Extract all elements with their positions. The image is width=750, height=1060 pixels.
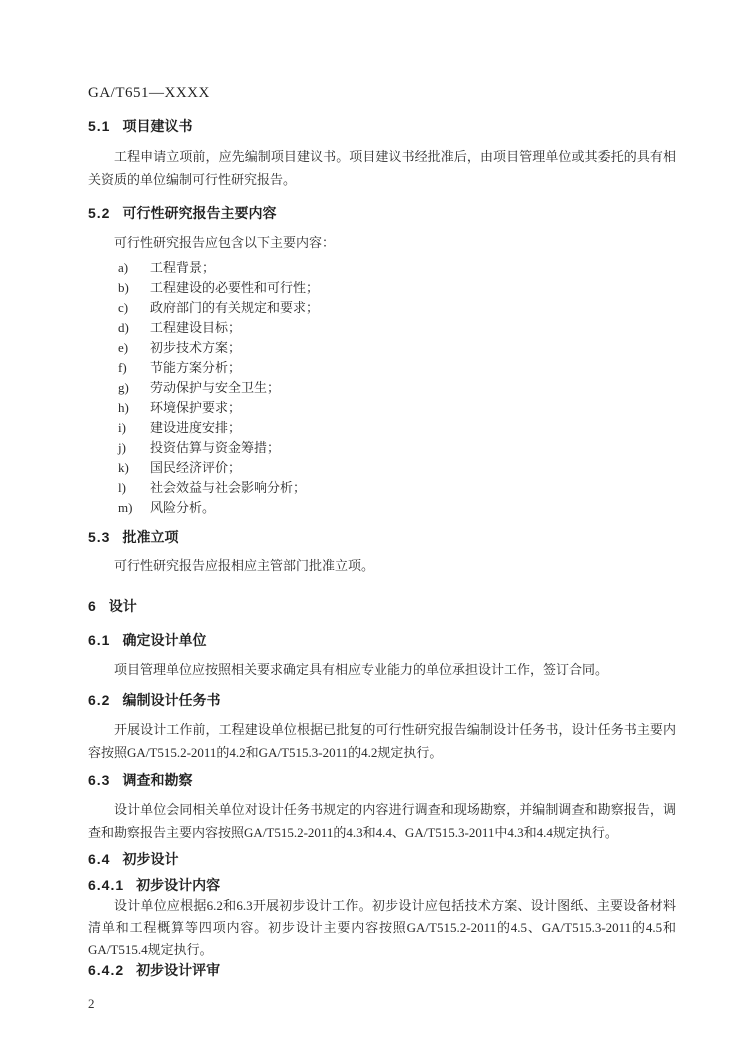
list-item-text: 国民经济评价； bbox=[150, 458, 241, 478]
list-item-label: b) bbox=[118, 278, 150, 298]
clause-number: 6.4 bbox=[88, 850, 110, 869]
list-item-label: h) bbox=[118, 398, 150, 418]
list-item-h: h) 环境保护要求； bbox=[118, 398, 676, 418]
list-item-label: e) bbox=[118, 338, 150, 358]
list-item-label: l) bbox=[118, 478, 150, 498]
clause-number: 5.3 bbox=[88, 528, 110, 547]
heading-6: 6 设计 bbox=[88, 597, 676, 616]
list-item-text: 风险分析。 bbox=[150, 498, 215, 518]
list-item-b: b) 工程建设的必要性和可行性； bbox=[118, 278, 676, 298]
list-item-label: a) bbox=[118, 258, 150, 278]
paragraph-6-3: 设计单位会同相关单位对设计任务书规定的内容进行调查和现场勘察，并编制调查和勘察报… bbox=[88, 798, 676, 844]
clause-title: 编制设计任务书 bbox=[122, 691, 220, 710]
list-item-text: 政府部门的有关规定和要求； bbox=[150, 298, 319, 318]
list-item-label: g) bbox=[118, 378, 150, 398]
document-page: GA/T651—XXXX 5.1 项目建议书 工程申请立项前，应先编制项目建议书… bbox=[0, 0, 750, 1060]
list-item-text: 劳动保护与安全卫生； bbox=[150, 378, 280, 398]
clause-number: 6.1 bbox=[88, 631, 110, 650]
clause-number: 5.1 bbox=[88, 117, 110, 136]
heading-6-4-1: 6.4.1 初步设计内容 bbox=[88, 876, 676, 895]
list-item-k: k) 国民经济评价； bbox=[118, 458, 676, 478]
list-item-text: 节能方案分析； bbox=[150, 358, 241, 378]
list-item-label: j) bbox=[118, 438, 150, 458]
list-item-a: a) 工程背景； bbox=[118, 258, 676, 278]
heading-5-2: 5.2 可行性研究报告主要内容 bbox=[88, 204, 676, 223]
list-item-label: d) bbox=[118, 318, 150, 338]
heading-5-3: 5.3 批准立项 bbox=[88, 528, 676, 547]
list-item-label: k) bbox=[118, 458, 150, 478]
heading-6-1: 6.1 确定设计单位 bbox=[88, 631, 676, 650]
list-item-i: i) 建设进度安排； bbox=[118, 418, 676, 438]
list-item-f: f) 节能方案分析； bbox=[118, 358, 676, 378]
list-item-text: 社会效益与社会影响分析； bbox=[150, 478, 306, 498]
heading-6-3: 6.3 调查和勘察 bbox=[88, 771, 676, 790]
list-item-text: 建设进度安排； bbox=[150, 418, 241, 438]
list-item-d: d) 工程建设目标； bbox=[118, 318, 676, 338]
list-item-text: 投资估算与资金筹措； bbox=[150, 438, 280, 458]
list-item-g: g) 劳动保护与安全卫生； bbox=[118, 378, 676, 398]
clause-number: 6.3 bbox=[88, 771, 110, 790]
clause-title: 可行性研究报告主要内容 bbox=[122, 204, 276, 223]
clause-title: 批准立项 bbox=[122, 528, 178, 547]
list-item-text: 初步技术方案； bbox=[150, 338, 241, 358]
heading-6-2: 6.2 编制设计任务书 bbox=[88, 691, 676, 710]
clause-title: 调查和勘察 bbox=[122, 771, 192, 790]
chapter-number: 6 bbox=[88, 597, 97, 616]
list-5-2: a) 工程背景； b) 工程建设的必要性和可行性； c) 政府部门的有关规定和要… bbox=[88, 258, 676, 518]
list-item-label: i) bbox=[118, 418, 150, 438]
list-item-text: 工程建设目标； bbox=[150, 318, 241, 338]
clause-title: 确定设计单位 bbox=[122, 631, 206, 650]
list-item-text: 环境保护要求； bbox=[150, 398, 241, 418]
clause-number: 5.2 bbox=[88, 204, 110, 223]
list-item-m: m) 风险分析。 bbox=[118, 498, 676, 518]
page-number: 2 bbox=[88, 996, 95, 1012]
paragraph-6-2: 开展设计工作前，工程建设单位根据已批复的可行性研究报告编制设计任务书，设计任务书… bbox=[88, 718, 676, 764]
clause-number: 6.4.1 bbox=[88, 876, 124, 895]
list-item-j: j) 投资估算与资金筹措； bbox=[118, 438, 676, 458]
list-item-c: c) 政府部门的有关规定和要求； bbox=[118, 298, 676, 318]
list-item-e: e) 初步技术方案； bbox=[118, 338, 676, 358]
list-item-l: l) 社会效益与社会影响分析； bbox=[118, 478, 676, 498]
heading-5-1: 5.1 项目建议书 bbox=[88, 117, 676, 136]
document-header: GA/T651—XXXX bbox=[88, 85, 676, 101]
paragraph-6-4-1: 设计单位应根据6.2和6.3开展初步设计工作。初步设计应包括技术方案、设计图纸、… bbox=[88, 895, 676, 961]
list-item-text: 工程背景； bbox=[150, 258, 215, 278]
paragraph-5-3: 可行性研究报告应报相应主管部门批准立项。 bbox=[88, 554, 676, 577]
list-item-label: f) bbox=[118, 358, 150, 378]
heading-6-4-2: 6.4.2 初步设计评审 bbox=[88, 961, 676, 980]
clause-title: 初步设计评审 bbox=[136, 961, 220, 980]
list-item-text: 工程建设的必要性和可行性； bbox=[150, 278, 319, 298]
list-item-label: m) bbox=[118, 498, 150, 518]
clause-title: 项目建议书 bbox=[122, 117, 192, 136]
list-item-label: c) bbox=[118, 298, 150, 318]
chapter-title: 设计 bbox=[109, 597, 137, 616]
heading-6-4: 6.4 初步设计 bbox=[88, 850, 676, 869]
clause-number: 6.4.2 bbox=[88, 961, 124, 980]
clause-title: 初步设计内容 bbox=[136, 876, 220, 895]
paragraph-6-1: 项目管理单位应按照相关要求确定具有相应专业能力的单位承担设计工作，签订合同。 bbox=[88, 658, 676, 681]
paragraph-5-2-intro: 可行性研究报告应包含以下主要内容： bbox=[88, 231, 676, 254]
paragraph-5-1: 工程申请立项前，应先编制项目建议书。项目建议书经批准后，由项目管理单位或其委托的… bbox=[88, 145, 676, 191]
clause-title: 初步设计 bbox=[122, 850, 178, 869]
clause-number: 6.2 bbox=[88, 691, 110, 710]
